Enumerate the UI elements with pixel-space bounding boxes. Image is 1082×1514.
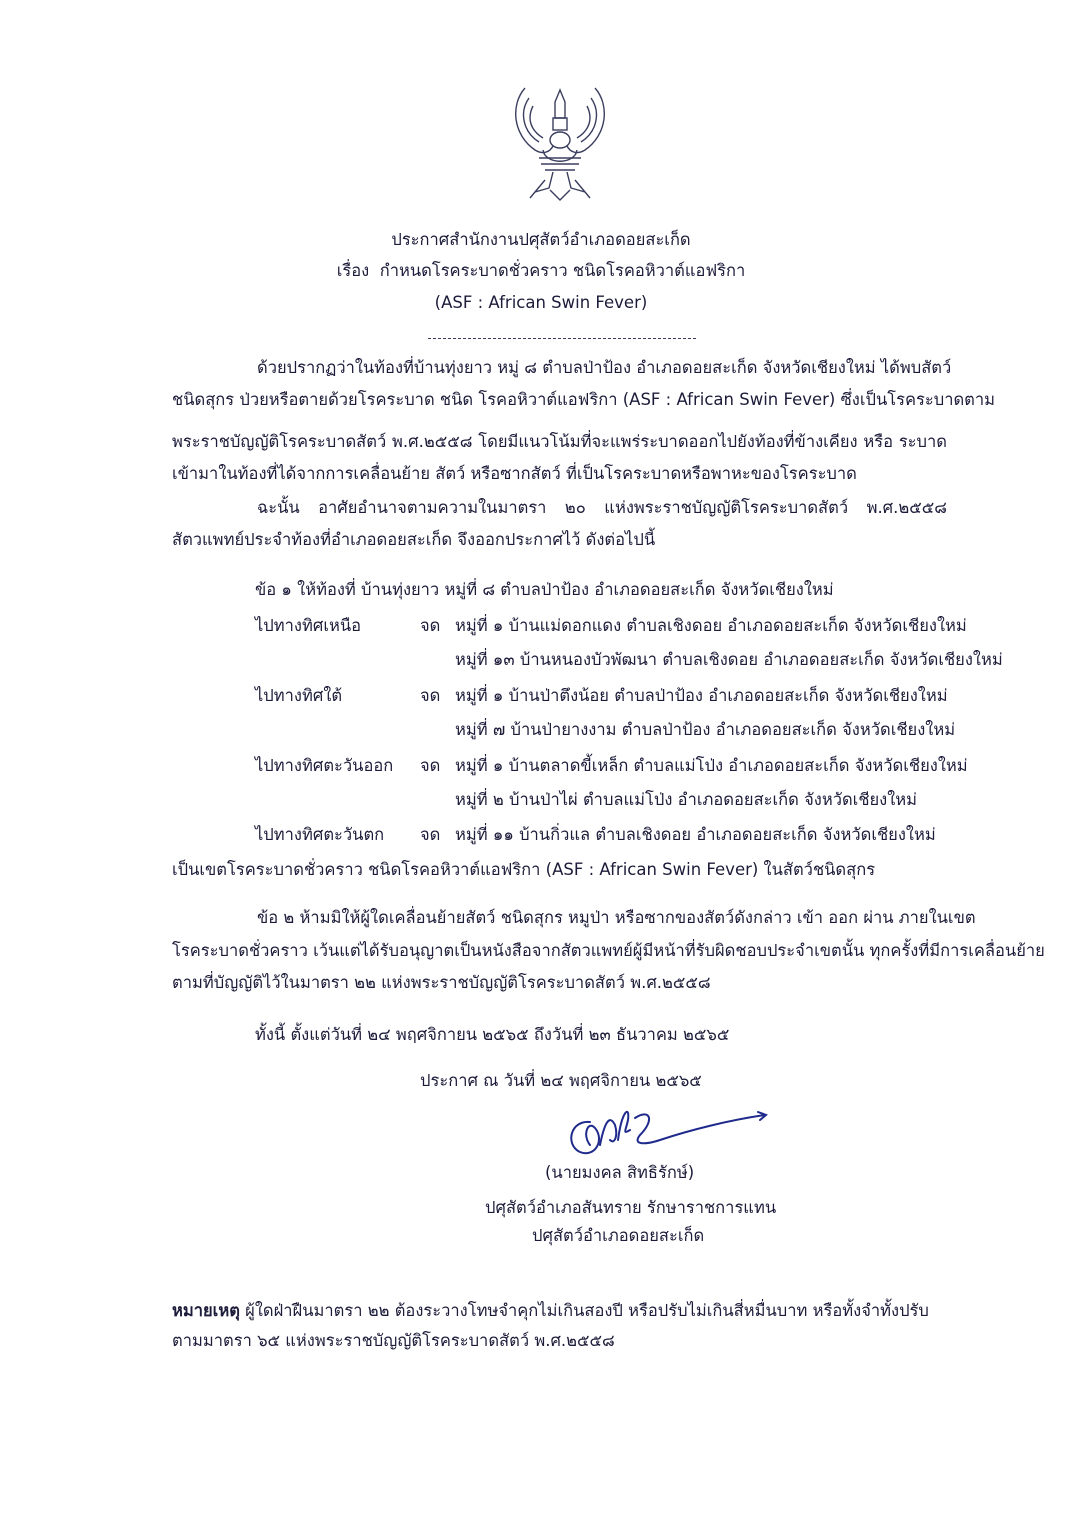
intro-line: พระราชบัญญัติโรคระบาดสัตว์ พ.ศ.๒๕๕๘ โดยม… — [172, 434, 947, 451]
boundary-direction-east: ไปทางทิศตะวันออก — [255, 758, 393, 775]
clause2-line: โรคระบาดชั่วคราว เว้นแต่ได้รับอนุญาตเป็น… — [172, 943, 947, 960]
announcement-title: ประกาศสำนักงานปศุสัตว์อำเภอดอยสะเก็ด — [0, 232, 1082, 249]
effective-period: ทั้งนี้ ตั้งแต่วันที่ ๒๔ พฤศจิกายน ๒๕๖๕ … — [255, 1027, 729, 1044]
clause1-conclusion: เป็นเขตโรคระบาดชั่วคราว ชนิดโรคอหิวาต์แอ… — [172, 862, 875, 879]
note-line: หมายเหตุ ผู้ใดฝ่าฝืนมาตรา ๒๒ ต้องระวางโท… — [172, 1303, 929, 1320]
boundary-to: จด — [420, 618, 440, 635]
announcement-date: ประกาศ ณ วันที่ ๒๔ พฤศจิกายน ๒๕๖๕ — [420, 1073, 702, 1090]
authority-line: สัตวแพทย์ประจำท้องที่อำเภอดอยสะเก็ด จึงอ… — [172, 532, 947, 549]
authority-line: ฉะนั้น อาศัยอำนาจตามความในมาตรา ๒๐ แห่งพ… — [172, 500, 947, 517]
signatory-name: (นายมงคล สิทธิรักษ์) — [545, 1165, 694, 1182]
note-line: ตามมาตรา ๖๕ แห่งพระราชบัญญัติโรคระบาดสัต… — [172, 1333, 615, 1350]
clause1-intro: ข้อ ๑ ให้ท้องที่ บ้านทุ่งยาว หมู่ที่ ๘ ต… — [255, 582, 834, 599]
boundary-to: จด — [420, 827, 440, 844]
intro-line: ชนิดสุกร ป่วยหรือตายด้วยโรคระบาด ชนิด โร… — [172, 392, 947, 409]
boundary-village: หมู่ที่ ๗ บ้านป่ายางงาม ตำบลป่าป้อง อำเภ… — [455, 722, 955, 739]
clause2-line: ข้อ ๒ ห้ามมิให้ผู้ใดเคลื่อนย้ายสัตว์ ชนิ… — [172, 910, 947, 927]
announcement-subject: เรื่อง กำหนดโรคระบาดชั่วคราว ชนิดโรคอหิว… — [0, 263, 1082, 280]
garuda-emblem-icon — [505, 80, 615, 205]
clause2-line: ตามที่บัญญัติไว้ในมาตรา ๒๒ แห่งพระราชบัญ… — [172, 975, 947, 992]
subject-text: กำหนดโรคระบาดชั่วคราว ชนิดโรคอหิวาต์แอฟร… — [380, 261, 746, 280]
signatory-position: ปศุสัตว์อำเภอสันทราย รักษาราชการแทน — [485, 1200, 776, 1217]
announcement-subtitle: (ASF : African Swin Fever) — [0, 295, 1082, 312]
intro-line: ด้วยปรากฏว่าในท้องที่บ้านทุ่งยาว หมู่ ๘ … — [172, 360, 947, 377]
boundary-village: หมู่ที่ ๑ บ้านป่าตึงน้อย ตำบลป่าป้อง อำเ… — [455, 688, 948, 705]
boundary-direction-west: ไปทางทิศตะวันตก — [255, 827, 384, 844]
boundary-village: หมู่ที่ ๑ บ้านตลาดขี้เหล็ก ตำบลแม่โป่ง อ… — [455, 758, 968, 775]
boundary-village: หมู่ที่ ๒ บ้านป่าไผ่ ตำบลแม่โป่ง อำเภอดอ… — [455, 792, 917, 809]
boundary-direction-north: ไปทางทิศเหนือ — [255, 618, 361, 635]
note-text: ผู้ใดฝ่าฝืนมาตรา ๒๒ ต้องระวางโทษจำคุกไม่… — [245, 1301, 929, 1320]
signature-icon — [560, 1100, 775, 1160]
header-divider — [428, 338, 696, 339]
note-label: หมายเหตุ — [172, 1301, 240, 1320]
boundary-to: จด — [420, 688, 440, 705]
signatory-position: ปศุสัตว์อำเภอดอยสะเก็ด — [532, 1228, 704, 1245]
boundary-village: หมู่ที่ ๑๓ บ้านหนองบัวพัฒนา ตำบลเชิงดอย … — [455, 652, 1003, 669]
intro-line: เข้ามาในท้องที่ได้จากการเคลื่อนย้าย สัตว… — [172, 466, 947, 483]
boundary-village: หมู่ที่ ๑ บ้านแม่ดอกแดง ตำบลเชิงดอย อำเภ… — [455, 618, 967, 635]
subject-label: เรื่อง — [337, 261, 369, 280]
boundary-to: จด — [420, 758, 440, 775]
boundary-direction-south: ไปทางทิศใต้ — [255, 688, 342, 705]
boundary-village: หมู่ที่ ๑๑ บ้านกิ่วแล ตำบลเชิงดอย อำเภอด… — [455, 827, 936, 844]
